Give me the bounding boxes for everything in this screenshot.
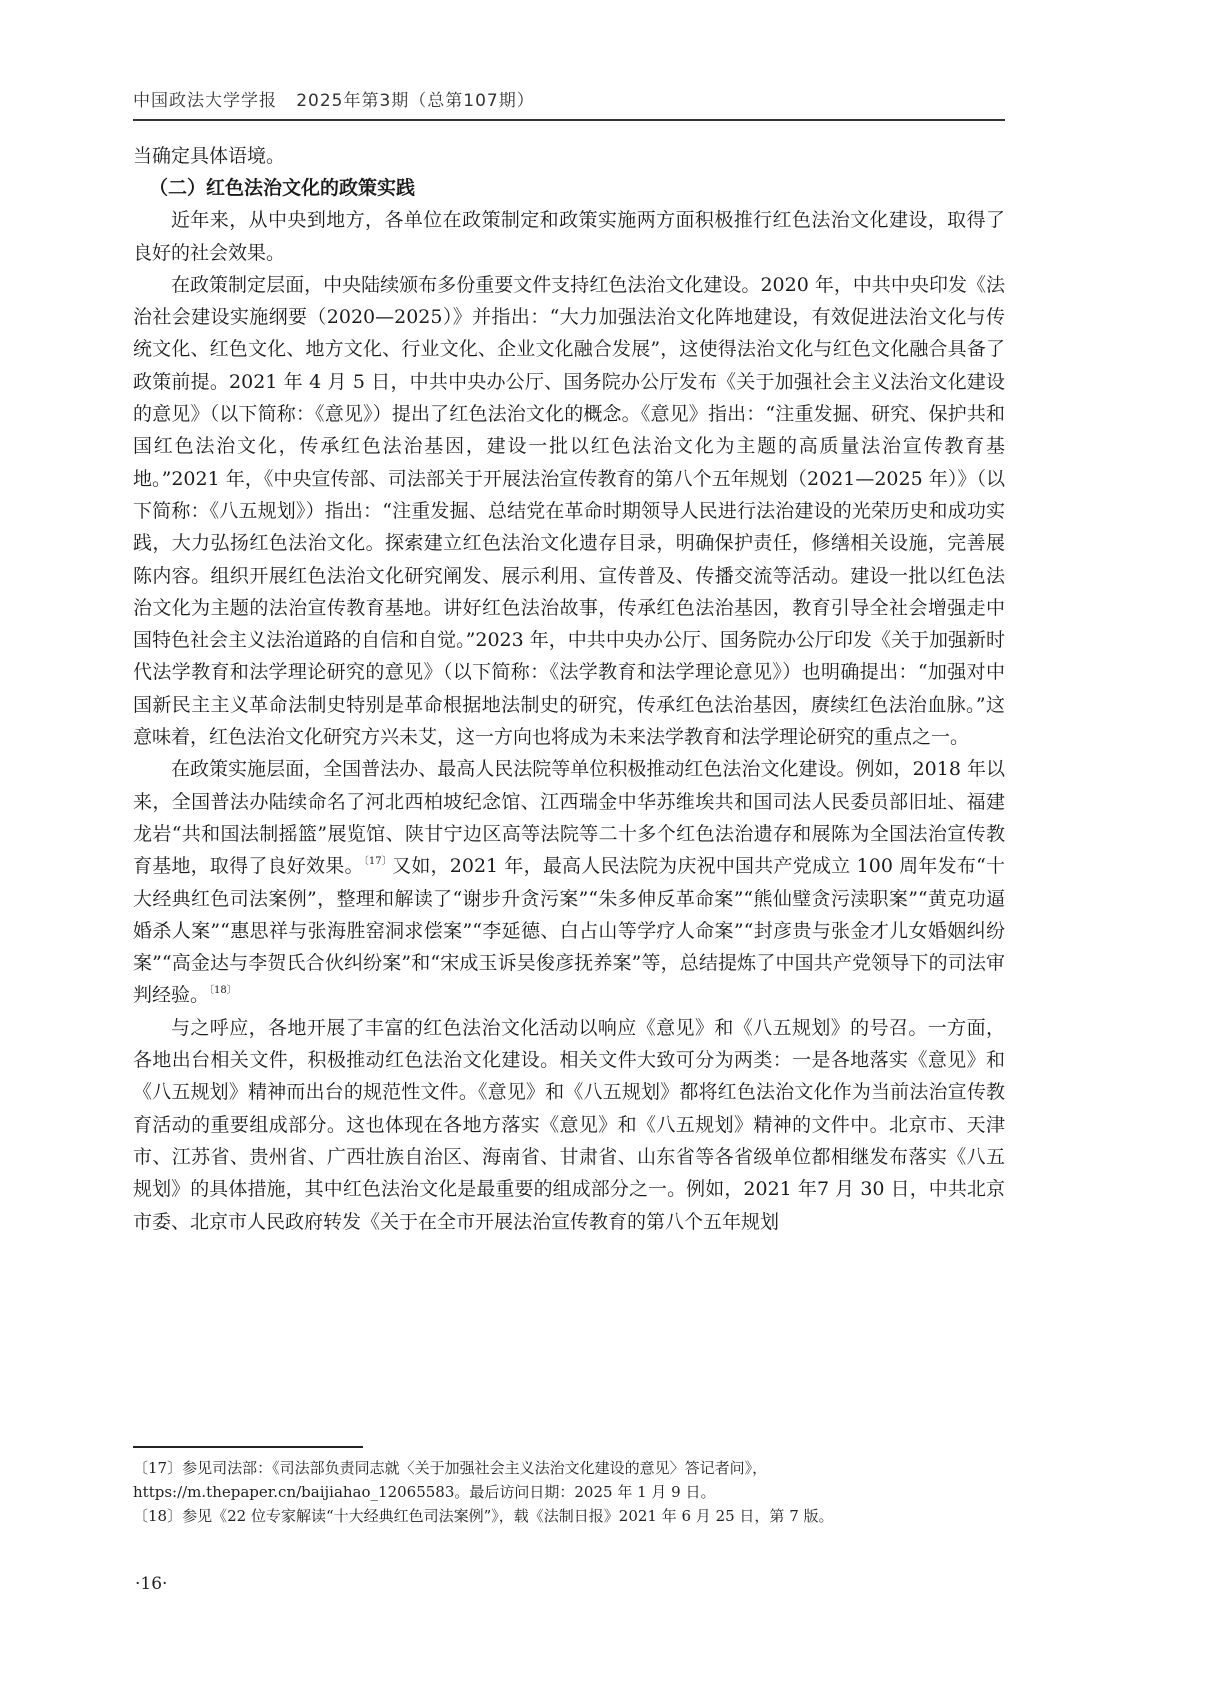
paragraph-continuation: 当确定具体语境。: [133, 140, 1005, 172]
footnote-ref-17[interactable]: 〔17〕: [364, 856, 392, 867]
section-heading: （二）红色法治文化的政策实践: [133, 172, 1005, 204]
header-rule: [133, 119, 1005, 121]
issue-info: 2025年第3期（总第107期）: [296, 91, 535, 111]
footnote-ref-18[interactable]: 〔18〕: [209, 985, 237, 996]
journal-name: 中国政法大学学报: [133, 91, 277, 111]
footnote-18: 〔18〕参见《22 位专家解读“十大经典红色司法案例”》，载《法制日报》2021…: [133, 1504, 1005, 1528]
paragraph-text: 又如，2021 年，最高人民法院为庆祝中国共产党成立 100 周年发布“十大经典…: [133, 855, 1005, 1006]
body-text: 当确定具体语境。 （二）红色法治文化的政策实践 近年来，从中央到地方，各单位在政…: [133, 140, 1005, 1238]
footnote-17: 〔17〕参见司法部：《司法部负责同志就〈关于加强社会主义法治文化建设的意见〉答记…: [133, 1456, 1005, 1504]
page-number: ·16·: [135, 1574, 167, 1594]
footnote-rule: [133, 1446, 363, 1448]
paragraph-intro: 近年来，从中央到地方，各单位在政策制定和政策实施两方面积极推行红色法治文化建设，…: [133, 204, 1005, 269]
footnotes: 〔17〕参见司法部：《司法部负责同志就〈关于加强社会主义法治文化建设的意见〉答记…: [133, 1456, 1005, 1528]
running-header: 中国政法大学学报 2025年第3期（总第107期）: [133, 86, 1005, 111]
paragraph-policy-making: 在政策制定层面，中央陆续颁布多份重要文件支持红色法治文化建设。2020 年，中共…: [133, 269, 1005, 753]
paragraph-local-response: 与之呼应，各地开展了丰富的红色法治文化活动以响应《意见》和《八五规划》的号召。一…: [133, 1012, 1005, 1238]
paragraph-policy-implementation: 在政策实施层面，全国普法办、最高人民法院等单位积极推动红色法治文化建设。例如，2…: [133, 753, 1005, 1011]
